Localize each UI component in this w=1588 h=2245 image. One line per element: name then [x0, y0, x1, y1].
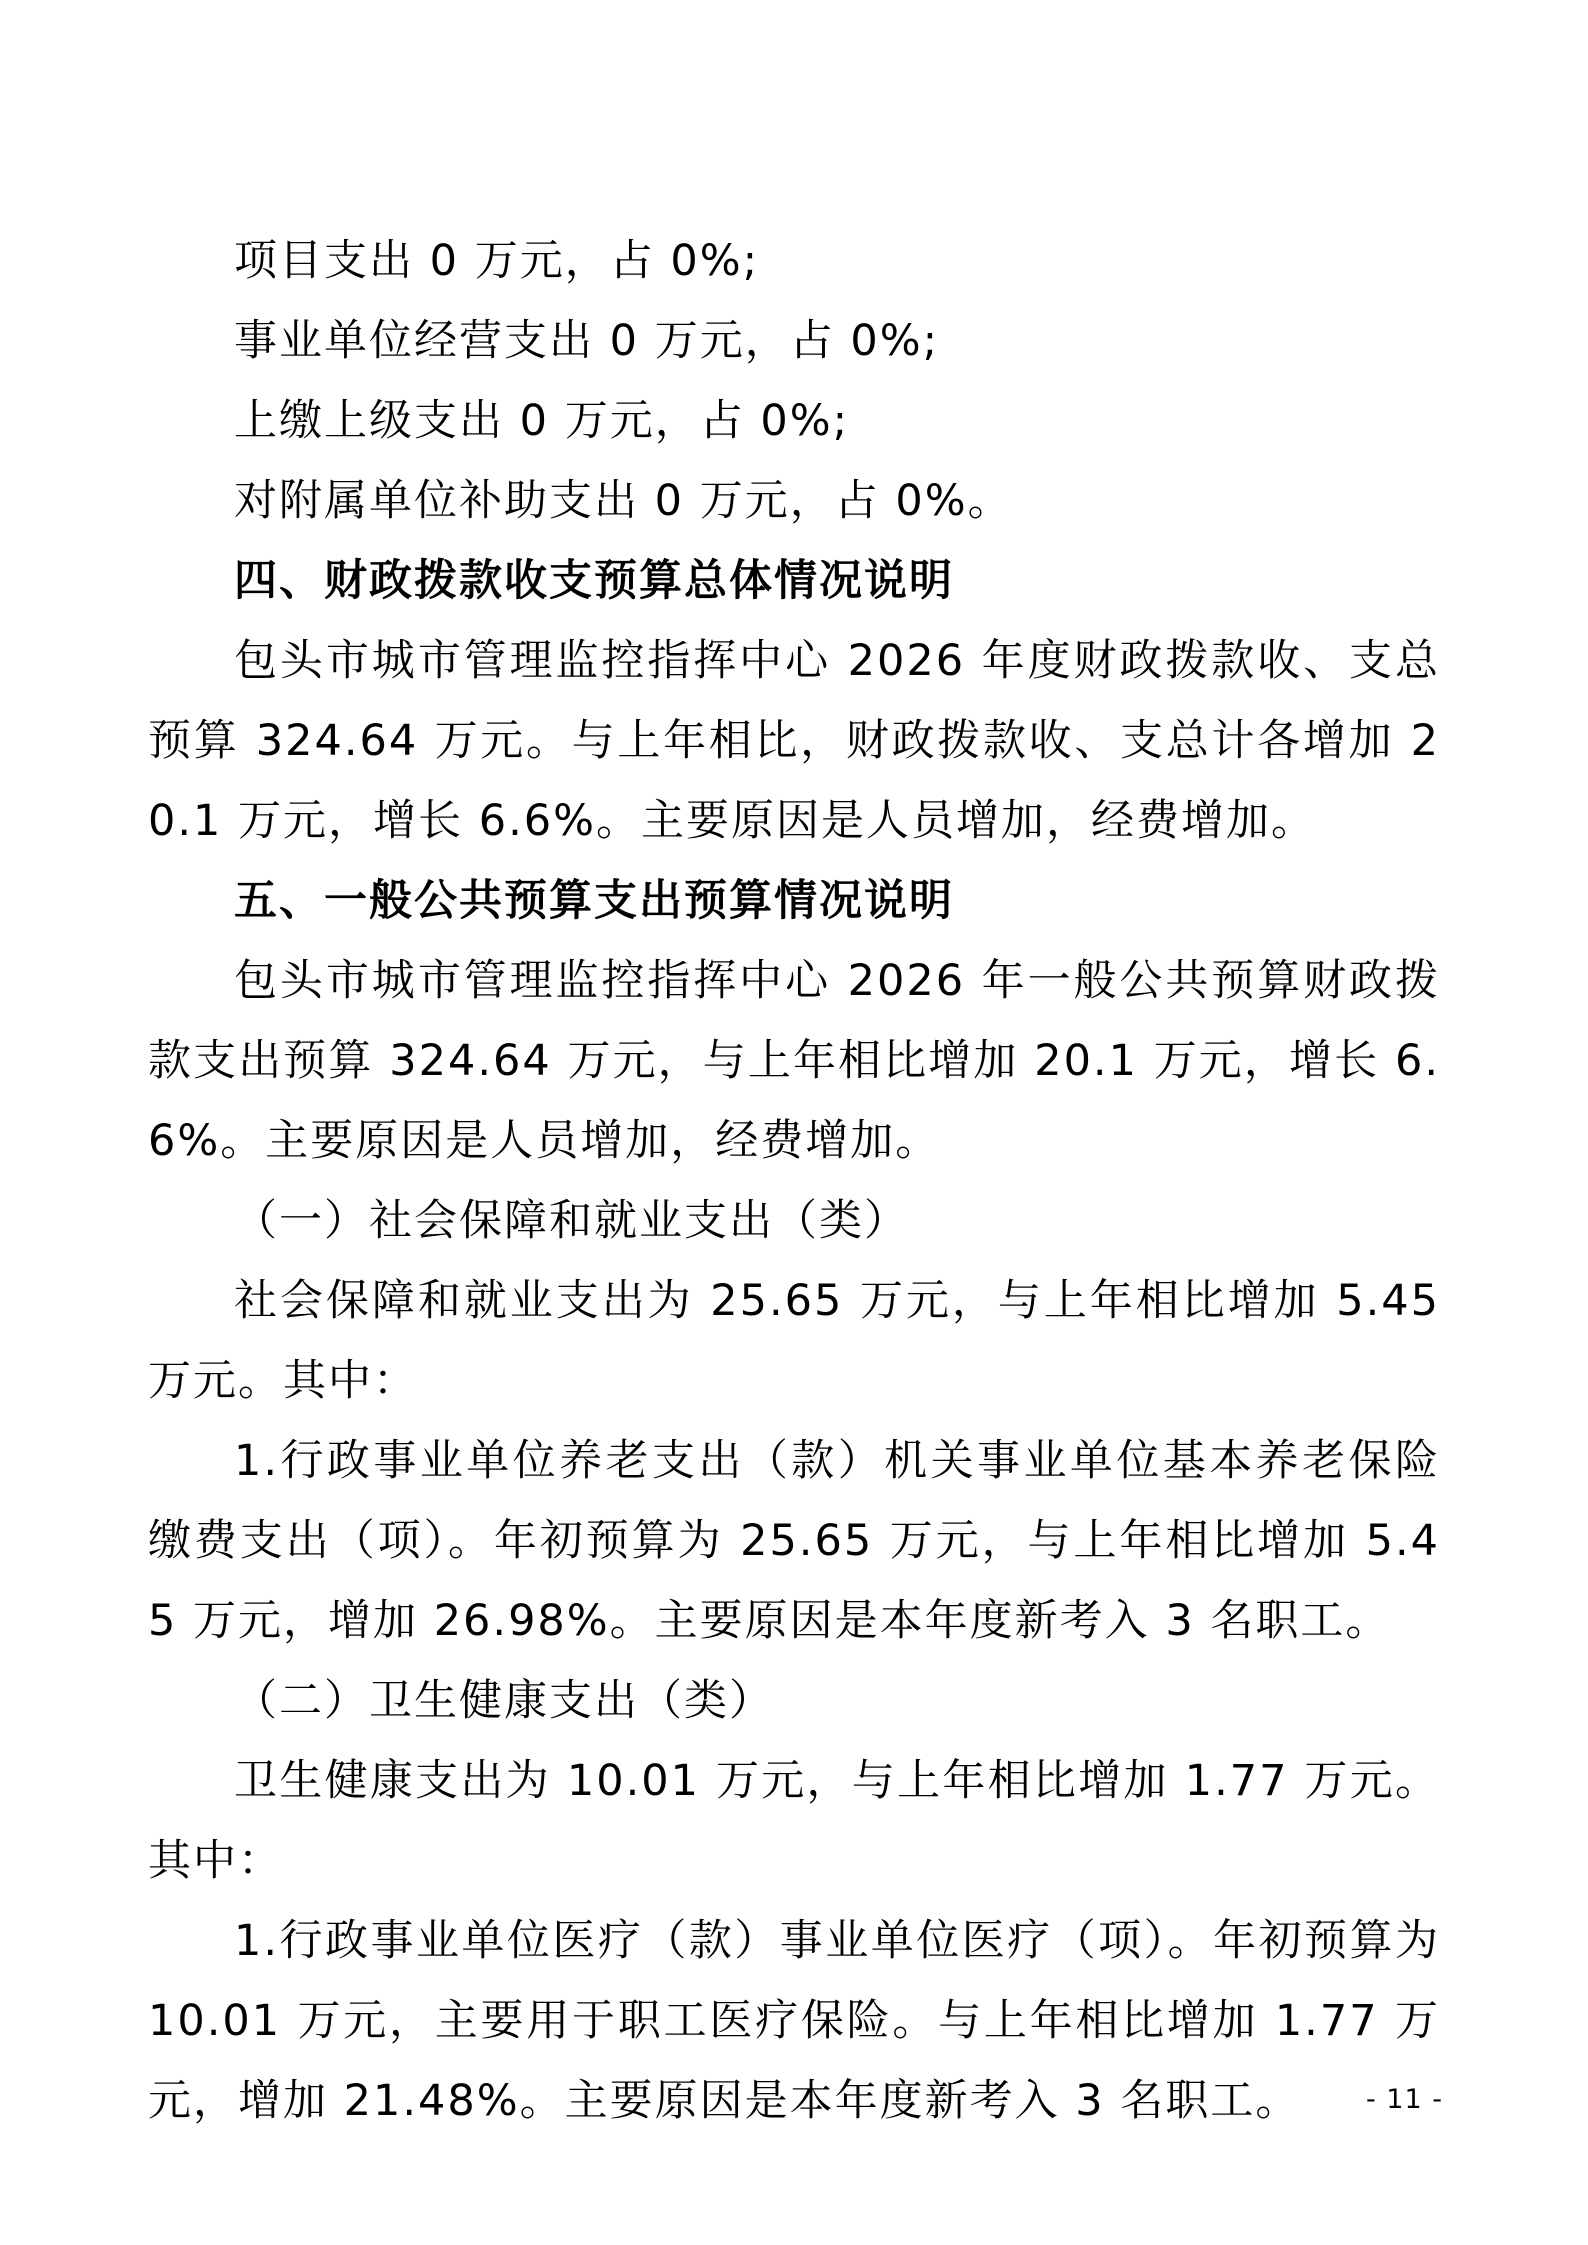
para-general-public-budget-overview: 包头市城市管理监控指挥中心 2026 年一般公共预算财政拨款支出预算 324.6…	[148, 941, 1440, 1181]
subheading-health-category: （二）卫生健康支出（类）	[148, 1661, 1440, 1741]
para-health-amount: 卫生健康支出为 10.01 万元，与上年相比增加 1.77 万元。其中：	[148, 1741, 1440, 1901]
para-fiscal-appropriation-overview: 包头市城市管理监控指挥中心 2026 年度财政拨款收、支总预算 324.64 万…	[148, 621, 1440, 861]
page-number: - 11 -	[1366, 2084, 1443, 2116]
para-subsidy-to-affiliates: 对附属单位补助支出 0 万元，占 0%。	[148, 461, 1440, 541]
heading-section-4-fiscal-appropriation: 四、财政拨款收支预算总体情况说明	[148, 541, 1440, 621]
para-payment-to-superior: 上缴上级支出 0 万元，占 0%;	[148, 381, 1440, 461]
para-medical-expenditure-detail: 1.行政事业单位医疗（款）事业单位医疗（项）。年初预算为 10.01 万元，主要…	[148, 1901, 1440, 2141]
subheading-social-security-category: （一）社会保障和就业支出（类）	[148, 1181, 1440, 1261]
heading-section-5-general-public-budget: 五、一般公共预算支出预算情况说明	[148, 861, 1440, 941]
para-project-expenditure: 项目支出 0 万元，占 0%;	[148, 221, 1440, 301]
para-pension-expenditure-detail: 1.行政事业单位养老支出（款）机关事业单位基本养老保险缴费支出（项）。年初预算为…	[148, 1421, 1440, 1661]
para-business-operation-expenditure: 事业单位经营支出 0 万元，占 0%;	[148, 301, 1440, 381]
document-page: 项目支出 0 万元，占 0%; 事业单位经营支出 0 万元，占 0%; 上缴上级…	[0, 0, 1588, 2245]
document-content: 项目支出 0 万元，占 0%; 事业单位经营支出 0 万元，占 0%; 上缴上级…	[148, 221, 1440, 2141]
para-social-security-amount: 社会保障和就业支出为 25.65 万元，与上年相比增加 5.45 万元。其中：	[148, 1261, 1440, 1421]
